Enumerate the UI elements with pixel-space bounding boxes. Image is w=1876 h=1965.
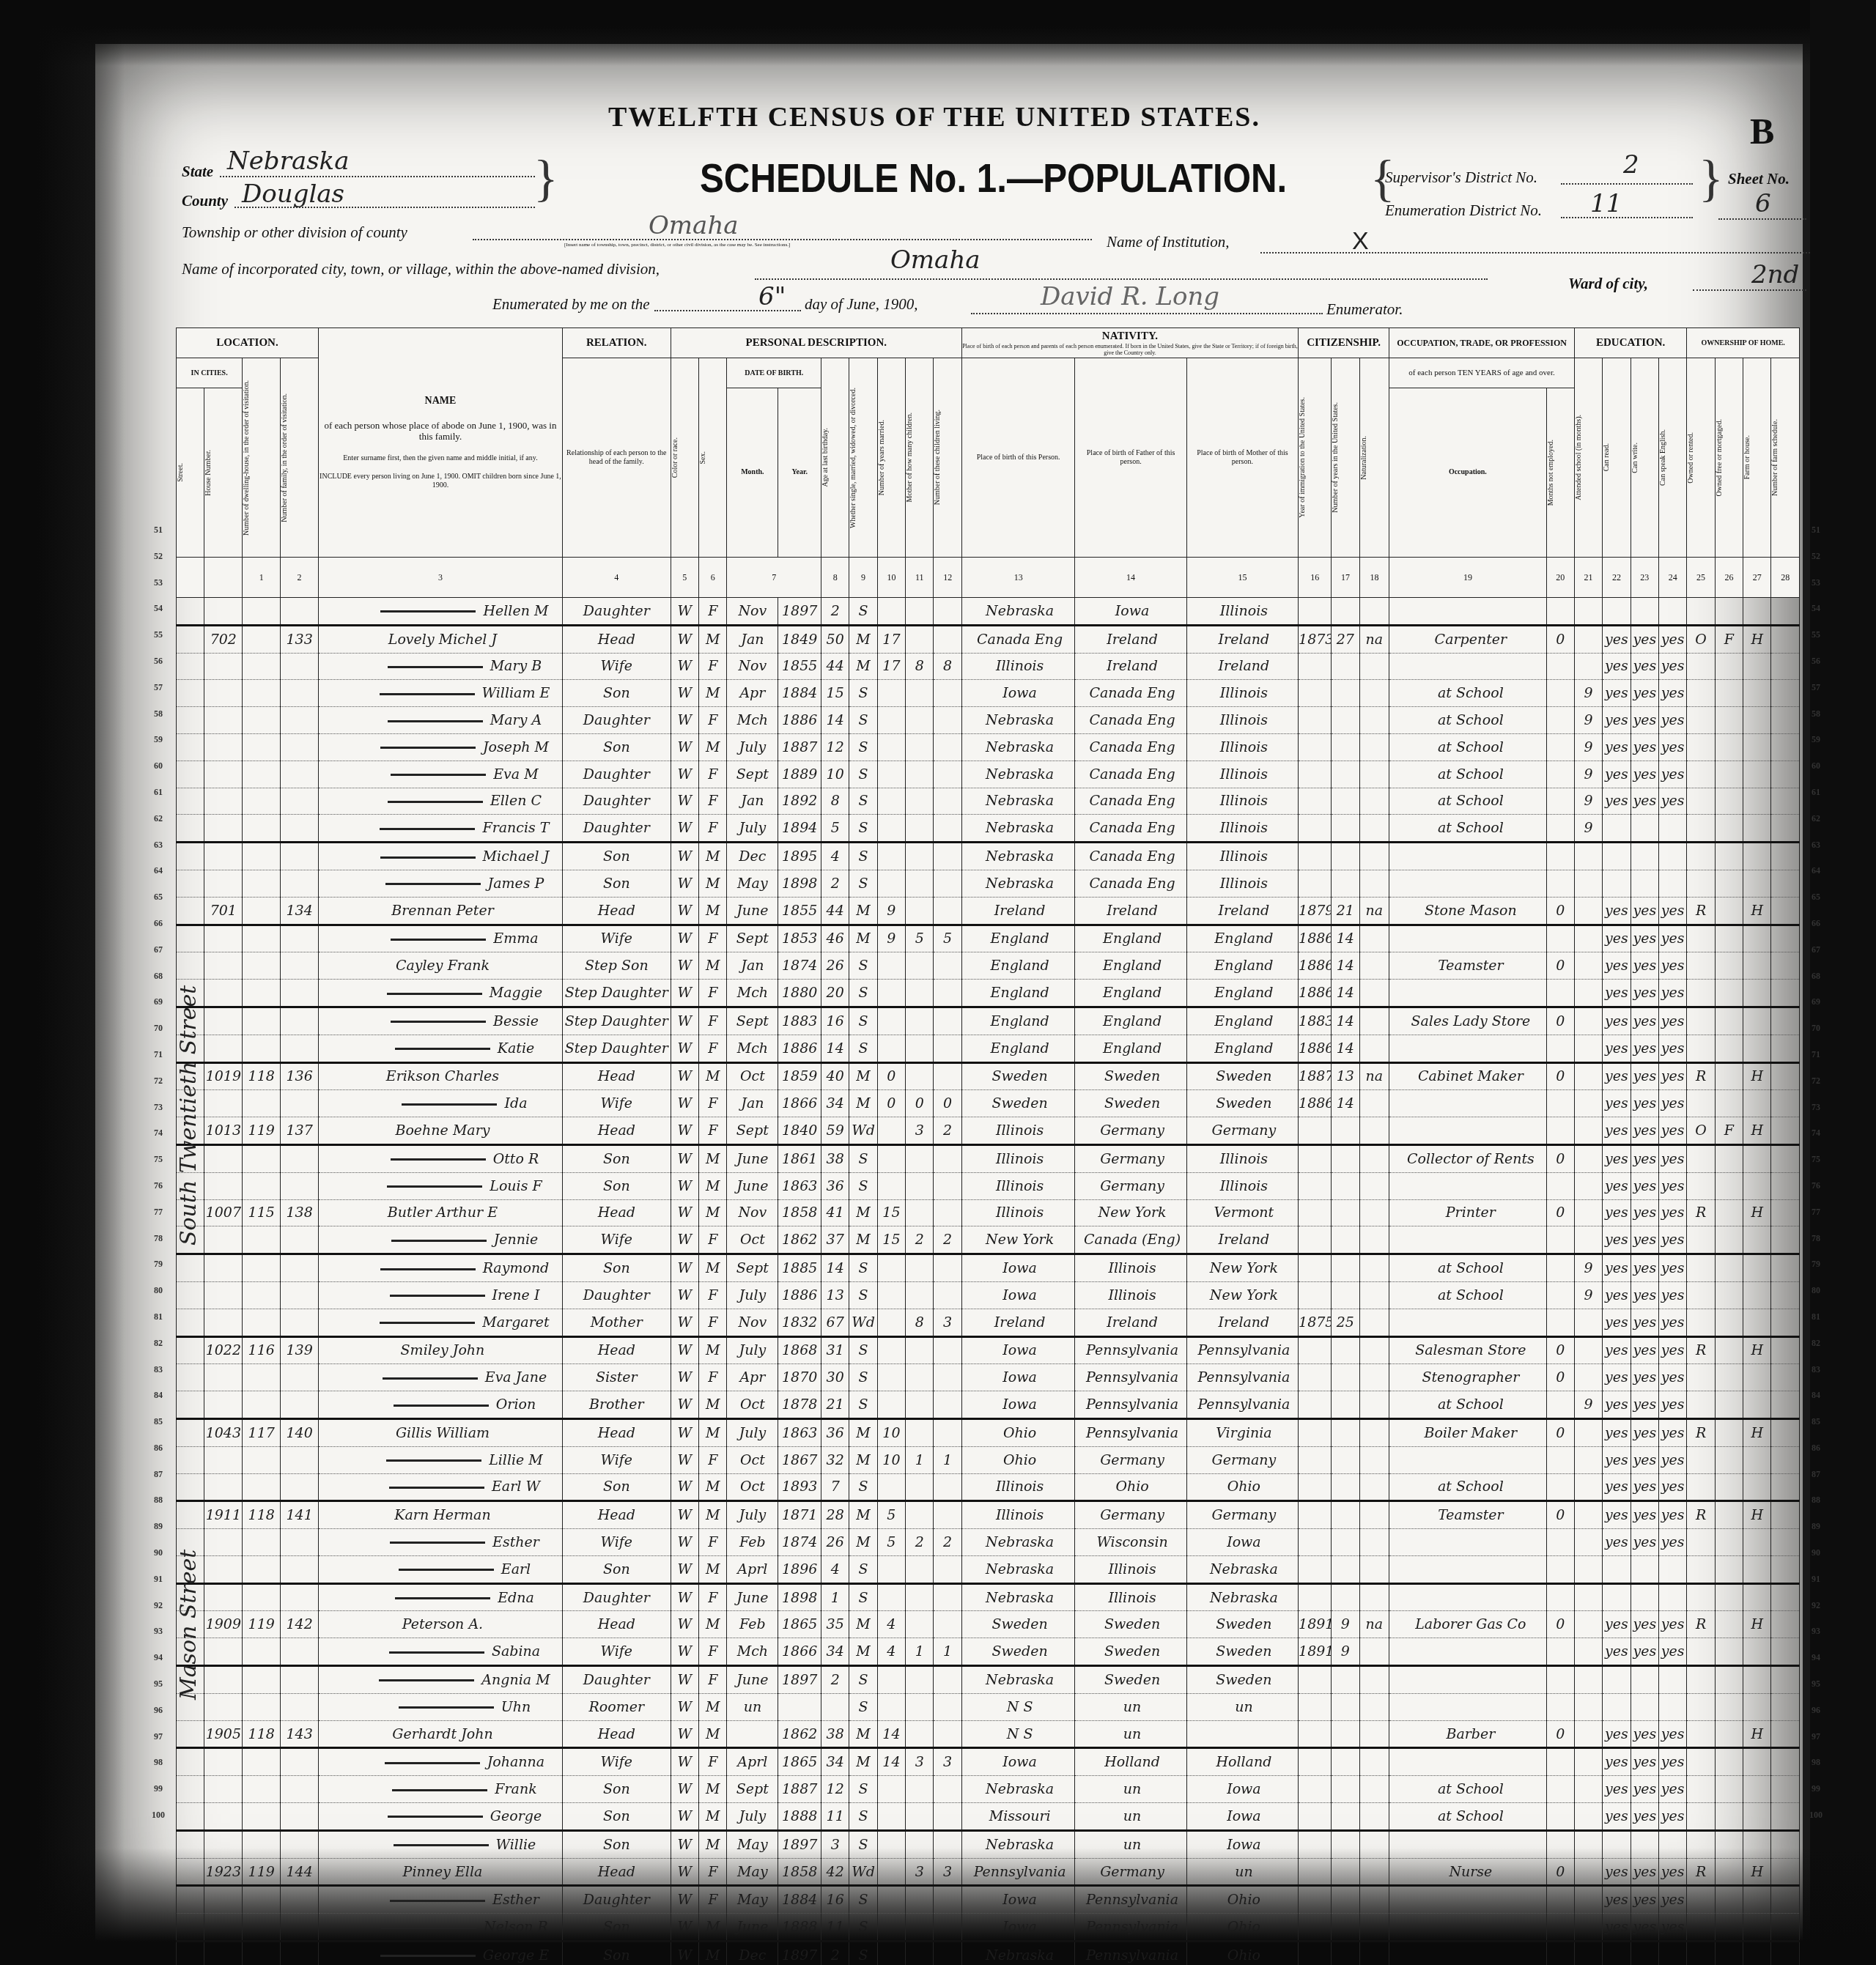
cell-marital: M xyxy=(849,897,877,925)
cell-living xyxy=(934,843,961,870)
cell-dwelling xyxy=(243,1529,281,1556)
cell-read: yes xyxy=(1603,1062,1631,1090)
cell-school xyxy=(1574,1035,1602,1062)
cell-read: yes xyxy=(1603,1446,1631,1473)
cell-read: yes xyxy=(1603,1090,1631,1117)
cell-read xyxy=(1603,1693,1631,1720)
cell-write: yes xyxy=(1631,1418,1658,1446)
cell-year: 1866 xyxy=(778,1638,821,1666)
ditto-dash xyxy=(392,1789,487,1791)
cell-house xyxy=(204,1226,243,1254)
cell-sex: F xyxy=(699,925,727,952)
cell-age: 34 xyxy=(821,1090,849,1117)
column-number: 27 xyxy=(1743,558,1771,598)
column-number-row: 1234567891011121314151617181920212223242… xyxy=(177,558,1800,598)
cell-year: 1887 xyxy=(778,1776,821,1803)
person-name-cell: Eva Jane xyxy=(319,1364,563,1391)
cell-family xyxy=(281,1007,319,1035)
cell-school xyxy=(1574,1858,1602,1886)
cell-dwelling xyxy=(243,1035,281,1062)
cell-unemp xyxy=(1546,1446,1574,1473)
cell-relation: Sister xyxy=(562,1364,671,1391)
line-number: 90 xyxy=(145,1540,171,1566)
cell-farm xyxy=(1743,1803,1771,1831)
cell-father: Germany xyxy=(1075,1117,1186,1145)
cell-house xyxy=(204,680,243,707)
cell-yrs-married xyxy=(877,1583,905,1611)
cell-dwelling xyxy=(243,1942,281,1965)
cell-farmsched xyxy=(1771,815,1800,843)
cell-house xyxy=(204,653,243,680)
cell-color: W xyxy=(671,952,698,980)
cell-dwelling: 118 xyxy=(243,1720,281,1748)
cell-year: 1874 xyxy=(778,1529,821,1556)
cell-family: 140 xyxy=(281,1418,319,1446)
cell-color: W xyxy=(671,1748,698,1776)
cell-imm xyxy=(1299,1391,1332,1419)
cell-age: 36 xyxy=(821,1172,849,1199)
cell-read: yes xyxy=(1603,925,1631,952)
cell-farmsched xyxy=(1771,1364,1800,1391)
cell-write: yes xyxy=(1631,1090,1658,1117)
cell-school: 9 xyxy=(1574,1391,1602,1419)
cell-occupation: Salesman Store xyxy=(1389,1336,1546,1364)
cell-mother-of xyxy=(906,1830,934,1858)
cell-street xyxy=(177,1281,204,1309)
header-mother-of: Mother of how many children. xyxy=(906,358,934,558)
line-number: 55 xyxy=(145,622,171,648)
header-birth-mother: Place of birth of Mother of this person. xyxy=(1186,358,1298,558)
cell-color: W xyxy=(671,1776,698,1803)
cell-father: Canada Eng xyxy=(1075,788,1186,815)
cell-family xyxy=(281,761,319,788)
cell-month: Sept xyxy=(727,1254,778,1282)
cell-year: 1884 xyxy=(778,1886,821,1914)
cell-family: 141 xyxy=(281,1501,319,1529)
cell-english: yes xyxy=(1659,1858,1687,1886)
cell-yrs-us xyxy=(1332,761,1359,788)
cell-free xyxy=(1715,1611,1743,1638)
person-name-cell: Earl W xyxy=(319,1473,563,1501)
cell-school xyxy=(1574,1172,1602,1199)
cell-write: yes xyxy=(1631,1007,1658,1035)
cell-father: Sweden xyxy=(1075,1611,1186,1638)
header-can-write-text: Can write. xyxy=(1631,443,1640,473)
cell-dwelling xyxy=(243,1693,281,1720)
cell-unemp: 0 xyxy=(1546,1858,1574,1886)
cell-own: R xyxy=(1687,1062,1715,1090)
line-number: 66 xyxy=(145,911,171,937)
cell-age: 11 xyxy=(821,1914,849,1942)
cell-marital: S xyxy=(849,1007,877,1035)
line-number: 54 xyxy=(145,596,171,622)
census-row: WillieSonWMMay18973SNebraskaunIowa xyxy=(177,1830,1800,1858)
cell-nat xyxy=(1359,1720,1389,1748)
cell-occupation: at School xyxy=(1389,1254,1546,1282)
cell-farm: H xyxy=(1743,1418,1771,1446)
cell-living xyxy=(934,707,961,734)
cell-living xyxy=(934,1720,961,1748)
cell-living xyxy=(934,1035,961,1062)
line-number: 54 xyxy=(1803,596,1829,622)
cell-mother: Sweden xyxy=(1186,1611,1298,1638)
cell-school: 9 xyxy=(1574,680,1602,707)
line-number: 86 xyxy=(145,1435,171,1462)
cell-living xyxy=(934,1776,961,1803)
ditto-dash xyxy=(388,720,483,722)
census-rows: Hellen MDaughterWFNov18972SNebraskaIowaI… xyxy=(177,598,1800,1965)
cell-age: 10 xyxy=(821,761,849,788)
ditto-dash xyxy=(388,801,483,803)
surname: Peterson xyxy=(402,1616,465,1632)
cell-house xyxy=(204,815,243,843)
cell-write xyxy=(1631,1666,1658,1694)
line-number: 87 xyxy=(1803,1462,1829,1488)
cell-age: 15 xyxy=(821,680,849,707)
cell-color: W xyxy=(671,1199,698,1226)
person-name-cell: Orion xyxy=(319,1391,563,1419)
line-number: 98 xyxy=(145,1750,171,1776)
column-number: 9 xyxy=(849,558,877,598)
cell-family xyxy=(281,788,319,815)
person-name-cell: Peterson A. xyxy=(319,1611,563,1638)
line-number: 56 xyxy=(145,648,171,675)
cell-mother-of xyxy=(906,761,934,788)
cell-imm xyxy=(1299,870,1332,897)
header-name: NAME of each person whose place of abode… xyxy=(319,328,563,558)
cell-dwelling: 115 xyxy=(243,1199,281,1226)
given-name: Herman xyxy=(433,1507,490,1523)
cell-yrs-married: 17 xyxy=(877,625,905,653)
cell-year: 1886 xyxy=(778,1281,821,1309)
cell-marital: S xyxy=(849,788,877,815)
column-number: 1 xyxy=(243,558,281,598)
cell-family: 143 xyxy=(281,1720,319,1748)
cell-yrs-married: 17 xyxy=(877,653,905,680)
cell-father: Ireland xyxy=(1075,625,1186,653)
cell-birth: Illinois xyxy=(961,1117,1075,1145)
cell-write: yes xyxy=(1631,897,1658,925)
line-number: 69 xyxy=(145,989,171,1015)
cell-school xyxy=(1574,1144,1602,1172)
cell-dwelling xyxy=(243,1666,281,1694)
cell-house xyxy=(204,1144,243,1172)
cell-occupation xyxy=(1389,843,1546,870)
cell-sex: F xyxy=(699,761,727,788)
cell-english: yes xyxy=(1659,680,1687,707)
line-number: 93 xyxy=(1803,1618,1829,1645)
cell-house xyxy=(204,1693,243,1720)
person-name-cell: Uhn xyxy=(319,1693,563,1720)
cell-school xyxy=(1574,653,1602,680)
cell-occupation xyxy=(1389,1117,1546,1145)
cell-own: R xyxy=(1687,897,1715,925)
cell-house xyxy=(204,952,243,980)
cell-birth: Nebraska xyxy=(961,1942,1075,1965)
header-attended-school: Attended school (in months). xyxy=(1574,358,1602,558)
cell-nat xyxy=(1359,1693,1389,1720)
given-name: Charles xyxy=(445,1068,499,1084)
cell-year: 1880 xyxy=(778,980,821,1007)
ditto-dash xyxy=(380,1955,476,1957)
cell-sex: M xyxy=(699,1555,727,1583)
cell-english xyxy=(1659,843,1687,870)
cell-living xyxy=(934,1172,961,1199)
cell-marital: M xyxy=(849,625,877,653)
cell-mother: Germany xyxy=(1186,1117,1298,1145)
cell-farm xyxy=(1743,1090,1771,1117)
cell-birth: England xyxy=(961,952,1075,980)
given-name: Nelson R xyxy=(484,1919,548,1935)
cell-nat xyxy=(1359,1418,1389,1446)
line-number: 84 xyxy=(145,1383,171,1409)
cell-birth: Nebraska xyxy=(961,815,1075,843)
given-name: Orion xyxy=(496,1396,536,1413)
cell-free xyxy=(1715,1473,1743,1501)
cell-nat xyxy=(1359,1473,1389,1501)
cell-english: yes xyxy=(1659,761,1687,788)
cell-house xyxy=(204,1309,243,1336)
line-number: 83 xyxy=(145,1357,171,1383)
cell-mother xyxy=(1186,1720,1298,1748)
census-row: 702133Lovely Michel JHeadWMJan184950M17C… xyxy=(177,625,1800,653)
cell-mother: Iowa xyxy=(1186,1830,1298,1858)
cell-english xyxy=(1659,1942,1687,1965)
cell-yrs-married: 9 xyxy=(877,925,905,952)
cell-family xyxy=(281,1364,319,1391)
cell-school xyxy=(1574,1886,1602,1914)
cell-month: July xyxy=(727,1803,778,1831)
cell-house xyxy=(204,1942,243,1965)
cell-color: W xyxy=(671,788,698,815)
city-line xyxy=(755,278,1488,280)
cell-farm: H xyxy=(1743,897,1771,925)
cell-nat xyxy=(1359,1226,1389,1254)
given-name: Eva M xyxy=(493,766,538,782)
cell-father: Germany xyxy=(1075,1446,1186,1473)
cell-write: yes xyxy=(1631,1720,1658,1748)
cell-own xyxy=(1687,1391,1715,1419)
cell-yrs-married xyxy=(877,1776,905,1803)
cell-relation: Wife xyxy=(562,1529,671,1556)
cell-own xyxy=(1687,1007,1715,1035)
line-number: 61 xyxy=(1803,780,1829,806)
line-number: 92 xyxy=(1803,1593,1829,1619)
line-numbers-left: 5152535455565758596061626364656667686970… xyxy=(145,517,171,1829)
cell-mother-of xyxy=(906,680,934,707)
cell-dwelling xyxy=(243,980,281,1007)
cell-english: yes xyxy=(1659,1309,1687,1336)
cell-imm xyxy=(1299,1199,1332,1226)
ditto-dash xyxy=(386,1459,481,1462)
cell-free xyxy=(1715,980,1743,1007)
cell-read: yes xyxy=(1603,1501,1631,1529)
cell-english: yes xyxy=(1659,1281,1687,1309)
cell-write xyxy=(1631,1583,1658,1611)
cell-yrs-married xyxy=(877,1172,905,1199)
cell-farm xyxy=(1743,1666,1771,1694)
cell-living: 3 xyxy=(934,1748,961,1776)
header-children-living-text: Number of these children living. xyxy=(934,410,942,505)
city-value: Omaha xyxy=(890,245,981,275)
cell-imm: 1875 xyxy=(1299,1309,1332,1336)
cell-living: 3 xyxy=(934,1858,961,1886)
line-number: 62 xyxy=(1803,806,1829,832)
cell-sex: F xyxy=(699,1090,727,1117)
cell-farm xyxy=(1743,1391,1771,1419)
line-number: 62 xyxy=(145,806,171,832)
line-number: 93 xyxy=(145,1618,171,1645)
cell-english: yes xyxy=(1659,1418,1687,1446)
scan-edge-top xyxy=(0,0,1876,66)
cell-relation: Wife xyxy=(562,1446,671,1473)
line-number: 58 xyxy=(1803,701,1829,728)
cell-nat xyxy=(1359,1886,1389,1914)
cell-color: W xyxy=(671,653,698,680)
cell-color: W xyxy=(671,1446,698,1473)
header-children-living: Number of these children living. xyxy=(934,358,961,558)
cell-sex: M xyxy=(699,1693,727,1720)
cell-yrs-us: 25 xyxy=(1332,1309,1359,1336)
cell-yrs-us xyxy=(1332,1446,1359,1473)
cell-marital: M xyxy=(849,1638,877,1666)
cell-dwelling xyxy=(243,1364,281,1391)
cell-relation: Son xyxy=(562,1473,671,1501)
cell-month: Apr xyxy=(727,1364,778,1391)
cell-relation: Daughter xyxy=(562,1583,671,1611)
cell-marital: S xyxy=(849,1336,877,1364)
line-number: 71 xyxy=(1803,1042,1829,1068)
cell-relation: Head xyxy=(562,1418,671,1446)
census-row: Earl WSonWMOct18937SIllinoisOhioOhioat S… xyxy=(177,1473,1800,1501)
column-number: 14 xyxy=(1075,558,1186,598)
cell-mother: Illinois xyxy=(1186,761,1298,788)
cell-yrs-us: 27 xyxy=(1332,625,1359,653)
cell-birth: Illinois xyxy=(961,1501,1075,1529)
cell-nat xyxy=(1359,1583,1389,1611)
cell-yrs-us xyxy=(1332,680,1359,707)
person-name-cell: Earl xyxy=(319,1555,563,1583)
cell-farm xyxy=(1743,1748,1771,1776)
column-number: 7 xyxy=(727,558,821,598)
cell-english: yes xyxy=(1659,952,1687,980)
cell-own xyxy=(1687,1583,1715,1611)
census-row: MaggieStep DaughterWFMch188020SEnglandEn… xyxy=(177,980,1800,1007)
cell-farmsched xyxy=(1771,843,1800,870)
cell-nat xyxy=(1359,1748,1389,1776)
cell-living xyxy=(934,1062,961,1090)
person-name-cell: Brennan Peter xyxy=(319,897,563,925)
cell-write: yes xyxy=(1631,1226,1658,1254)
cell-relation: Step Daughter xyxy=(562,980,671,1007)
cell-mother-of xyxy=(906,1035,934,1062)
cell-free xyxy=(1715,952,1743,980)
cell-imm: 1891 xyxy=(1299,1611,1332,1638)
cell-yrs-married xyxy=(877,1391,905,1419)
cell-month: Sept xyxy=(727,1007,778,1035)
cell-yrs-us xyxy=(1332,1583,1359,1611)
cell-yrs-married: 15 xyxy=(877,1226,905,1254)
ditto-dash xyxy=(388,666,483,668)
cell-family xyxy=(281,1254,319,1282)
cell-read xyxy=(1603,1583,1631,1611)
cell-family xyxy=(281,1035,319,1062)
cell-english: yes xyxy=(1659,1501,1687,1529)
person-name-cell: Mary A xyxy=(319,707,563,734)
cell-yrs-married xyxy=(877,1035,905,1062)
cell-birth: Iowa xyxy=(961,1391,1075,1419)
census-row: Ellen CDaughterWFJan18928SNebraskaCanada… xyxy=(177,788,1800,815)
cell-father: Canada Eng xyxy=(1075,843,1186,870)
cell-farmsched xyxy=(1771,1666,1800,1694)
cell-read: yes xyxy=(1603,1529,1631,1556)
cell-relation: Head xyxy=(562,1336,671,1364)
cell-mother: New York xyxy=(1186,1281,1298,1309)
cell-relation: Son xyxy=(562,1803,671,1831)
cell-house: 1022 xyxy=(204,1336,243,1364)
person-name-cell: Nelson R xyxy=(319,1914,563,1942)
cell-unemp xyxy=(1546,653,1574,680)
cell-sex: F xyxy=(699,1583,727,1611)
cell-marital: M xyxy=(849,1418,877,1446)
cell-month: Nov xyxy=(727,1199,778,1226)
cell-relation: Head xyxy=(562,1199,671,1226)
cell-house xyxy=(204,925,243,952)
cell-year: 1859 xyxy=(778,1062,821,1090)
cell-family xyxy=(281,1281,319,1309)
cell-street xyxy=(177,761,204,788)
cell-father: Germany xyxy=(1075,1858,1186,1886)
cell-read: yes xyxy=(1603,1776,1631,1803)
cell-relation: Daughter xyxy=(562,1666,671,1694)
cell-relation: Mother xyxy=(562,1309,671,1336)
cell-farmsched xyxy=(1771,1720,1800,1748)
cell-sex: F xyxy=(699,1529,727,1556)
cell-own xyxy=(1687,1748,1715,1776)
cell-family: 133 xyxy=(281,625,319,653)
cell-free xyxy=(1715,1501,1743,1529)
cell-birth: England xyxy=(961,925,1075,952)
cell-imm xyxy=(1299,1776,1332,1803)
cell-family xyxy=(281,1583,319,1611)
cell-living xyxy=(934,1391,961,1419)
cell-relation: Son xyxy=(562,1830,671,1858)
cell-own xyxy=(1687,1144,1715,1172)
cell-father: un xyxy=(1075,1803,1186,1831)
cell-own xyxy=(1687,1830,1715,1858)
cell-nat xyxy=(1359,1172,1389,1199)
line-number: 99 xyxy=(1803,1776,1829,1802)
cell-family: 142 xyxy=(281,1611,319,1638)
cell-yrs-us xyxy=(1332,1555,1359,1583)
cell-free xyxy=(1715,788,1743,815)
cell-month: July xyxy=(727,815,778,843)
cell-relation: Son xyxy=(562,733,671,761)
cell-yrs-us xyxy=(1332,1144,1359,1172)
surname: Gerhardt xyxy=(392,1726,457,1742)
line-number: 71 xyxy=(145,1042,171,1068)
cell-yrs-married xyxy=(877,1555,905,1583)
header-dwelling-no-text: Number of dwelling-house, in the order o… xyxy=(243,380,251,536)
cell-birth: Ohio xyxy=(961,1418,1075,1446)
census-row: EarlSonWMAprl18964SNebraskaIllinoisNebra… xyxy=(177,1555,1800,1583)
line-number: 52 xyxy=(145,544,171,570)
census-row: JennieWifeWFOct186237M1522New YorkCanada… xyxy=(177,1226,1800,1254)
cell-school: 9 xyxy=(1574,733,1602,761)
cell-street xyxy=(177,1886,204,1914)
cell-year: 1849 xyxy=(778,625,821,653)
cell-occupation xyxy=(1389,653,1546,680)
